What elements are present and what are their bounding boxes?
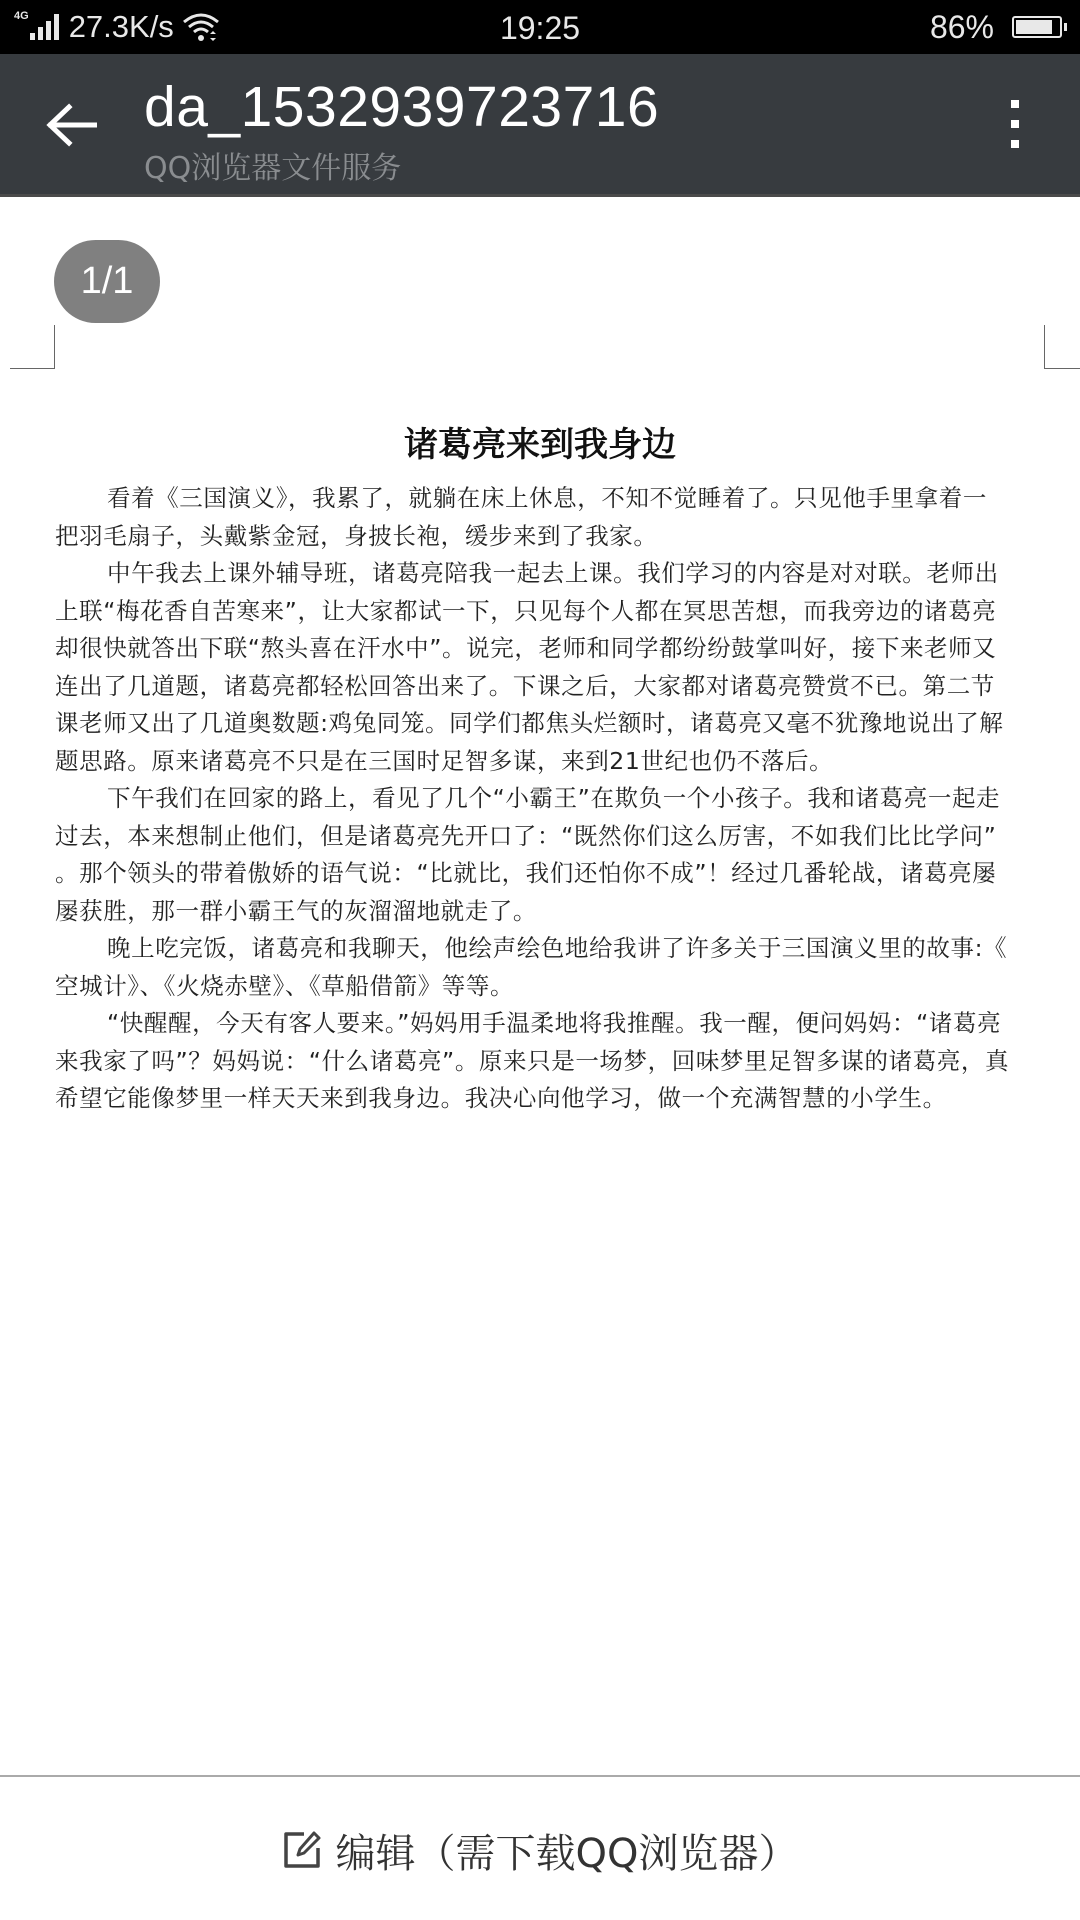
text-line: 中午我去上课外辅导班，诸葛亮陪我一起去上课。我们学习的内容是对对联。老师出 [55,555,1040,593]
more-options-button[interactable] [980,84,1050,164]
text-line: 。那个领头的带着傲娇的语气说：“比就比，我们还怕你不成”！经过几番轮战，诸葛亮屡 [55,855,1040,893]
text-line: 看着《三国演义》，我累了，就躺在床上休息，不知不觉睡着了。只见他手里拿着一 [55,480,1040,518]
file-subtitle: QQ浏览器文件服务 [144,143,401,187]
status-bar: 4G 27.3K/s 19:25 86% [0,0,1080,54]
text-line: 过去，本来想制止他们，但是诸葛亮先开口了：“既然你们这么厉害，不如我们比比学问” [55,818,1040,856]
clock: 19:25 [0,0,1080,54]
app-toolbar: da_1532939723716 QQ浏览器文件服务 [0,54,1080,197]
status-right: 86% [930,0,1062,54]
edit-icon [282,1830,322,1870]
text-line: 却很快就答出下联“熬头喜在汗水中”。说完，老师和同学都纷纷鼓掌叫好，接下来老师又 [55,630,1040,668]
text-line: 晚上吃完饭，诸葛亮和我聊天，他绘声绘色地给我讲了许多关于三国演义里的故事:《 [55,930,1040,968]
text-line: 课老师又出了几道奥数题:鸡兔同笼。同学们都焦头烂额时，诸葛亮又毫不犹豫地说出了解 [55,705,1040,743]
page-corner-mark-right [1044,325,1080,369]
document-title: 诸葛亮来到我身边 [0,417,1080,466]
file-title: da_1532939723716 [144,74,659,140]
bottom-divider [0,1775,1080,1777]
back-button[interactable] [40,94,102,156]
edit-button[interactable]: 编辑（需下载QQ浏览器） [0,1800,1080,1900]
more-dot [1011,140,1019,148]
edit-button-label: 编辑（需下载QQ浏览器） [336,1822,799,1879]
text-line: 把羽毛扇子，头戴紫金冠，身披长袍，缓步来到了我家。 [55,518,1040,556]
text-line: 希望它能像梦里一样天天来到我身边。我决心向他学习，做一个充满智慧的小学生。 [55,1080,1040,1118]
more-vertical-icon [1011,100,1019,108]
text-line: 屡获胜，那一群小霸王气的灰溜溜地就走了。 [55,893,1040,931]
text-line: “快醒醒，今天有客人要来。”妈妈用手温柔地将我推醒。我一醒，便问妈妈：“诸葛亮 [55,1005,1040,1043]
page-indicator: 1/1 [54,240,160,323]
text-line: 题思路。原来诸葛亮不只是在三国时足智多谋，来到21世纪也仍不落后。 [55,743,1040,781]
arrow-left-icon [45,103,97,147]
text-line: 下午我们在回家的路上，看见了几个“小霸王”在欺负一个小孩子。我和诸葛亮一起走 [55,780,1040,818]
text-line: 来我家了吗”？妈妈说：“什么诸葛亮”。原来只是一场梦，回味梦里足智多谋的诸葛亮，… [55,1043,1040,1081]
document-body: 看着《三国演义》，我累了，就躺在床上休息，不知不觉睡着了。只见他手里拿着一 把羽… [55,480,1040,1118]
text-line: 连出了几道题，诸葛亮都轻松回答出来了。下课之后，大家都对诸葛亮赞赏不已。第二节 [55,668,1040,706]
page-corner-mark-left [10,325,55,369]
more-dot [1011,120,1019,128]
text-line: 空城计》、《火烧赤壁》、《草船借箭》等等。 [55,968,1040,1006]
text-line: 上联“梅花香自苦寒来”，让大家都试一下，只见每个人都在冥思苦想，而我旁边的诸葛亮 [55,593,1040,631]
battery-icon [1012,16,1062,38]
battery-percentage: 86% [930,9,994,46]
